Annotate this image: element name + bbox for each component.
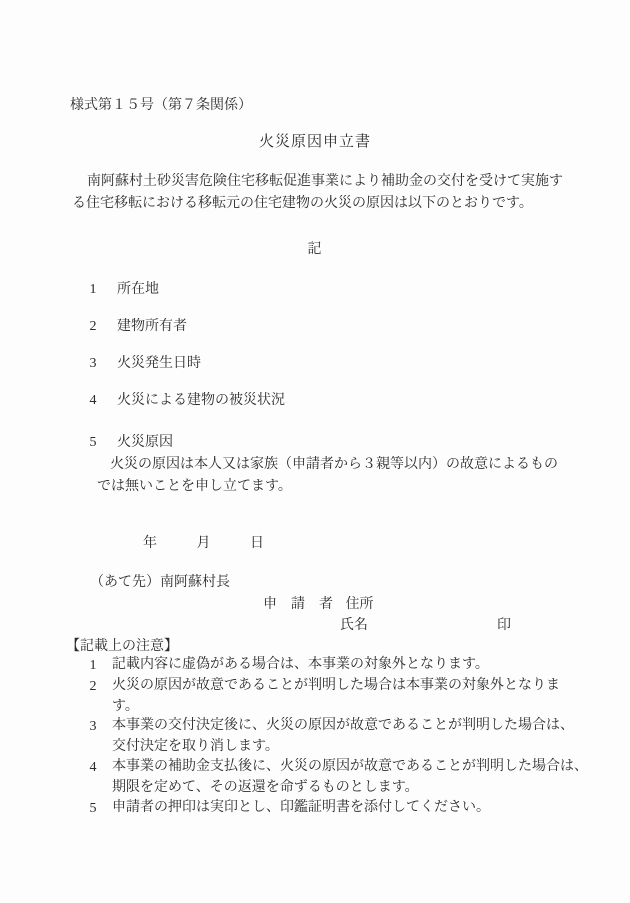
day-label: 日 xyxy=(250,533,264,554)
note-number: 4 xyxy=(88,757,98,799)
notes-heading: 【記載上の注意】 xyxy=(66,636,178,657)
statement-line-1: 火災の原因は本人又は家族（申請者から３親等以内）の故意によるもの xyxy=(97,454,558,476)
list-item-damage-status: 4 火災による建物の被災状況 xyxy=(88,390,285,411)
applicant-name-line: 氏名 印 xyxy=(340,615,368,636)
note-number: 5 xyxy=(88,798,98,819)
item-number: 1 xyxy=(88,279,98,300)
item-label: 火災発生日時 xyxy=(117,353,201,374)
note-number: 3 xyxy=(88,716,98,758)
note-line: 火災の原因が故意であることが判明した場合は本事業の対象外となりま xyxy=(112,676,560,697)
note-item-5: 5 申請者の押印は実印とし、印鑑証明書を添付してください。 xyxy=(88,798,490,819)
statement-line-2: では無いことを申し立てます。 xyxy=(97,476,558,498)
note-line: 申請者の押印は実印とし、印鑑証明書を添付してください。 xyxy=(112,798,490,819)
item-label: 所在地 xyxy=(117,279,159,300)
section-marker: 記 xyxy=(0,239,630,260)
intro-paragraph: 南阿蘇村土砂災害危険住宅移転促進事業により補助金の交付を受けて実施す る住宅移転… xyxy=(72,171,563,214)
address-label: 住所 xyxy=(346,597,374,612)
list-item-fire-datetime: 3 火災発生日時 xyxy=(88,353,201,374)
item-number: 5 xyxy=(88,432,98,453)
list-item-fire-cause: 5 火災原因 xyxy=(88,432,173,453)
note-text: 記載内容に虚偽がある場合は、本事業の対象外となります。 xyxy=(112,655,489,676)
item-number: 3 xyxy=(88,353,98,374)
note-line: 本事業の補助金支払後に、火災の原因が故意であることが判明した場合は、 xyxy=(112,757,588,778)
note-number: 2 xyxy=(88,676,98,718)
year-label: 年 xyxy=(143,533,157,554)
note-number: 1 xyxy=(88,655,98,676)
note-text: 火災の原因が故意であることが判明した場合は本事業の対象外となりま す。 xyxy=(112,676,560,718)
item-number: 2 xyxy=(88,316,98,337)
form-number: 様式第１５号（第７条関係） xyxy=(70,95,252,116)
intro-line-2: る住宅移転における移転元の住宅建物の火災の原因は以下のとおりです。 xyxy=(72,193,563,215)
note-line: 本事業の交付決定後に、火災の原因が故意であることが判明した場合は、 xyxy=(112,716,574,737)
note-text: 本事業の交付決定後に、火災の原因が故意であることが判明した場合は、 交付決定を取… xyxy=(112,716,574,758)
list-item-building-owner: 2 建物所有者 xyxy=(88,316,187,337)
item-number: 4 xyxy=(88,390,98,411)
addressee-line: （あて先）南阿蘇村長 xyxy=(90,572,230,593)
note-line: 記載内容に虚偽がある場合は、本事業の対象外となります。 xyxy=(112,655,489,676)
item-label: 火災による建物の被災状況 xyxy=(117,390,285,411)
document-title: 火災原因申立書 xyxy=(0,132,630,153)
item-label: 火災原因 xyxy=(117,432,173,453)
seal-label: 印 xyxy=(497,615,511,636)
item-label: 建物所有者 xyxy=(117,316,187,337)
note-line: す。 xyxy=(112,697,560,718)
applicant-label: 申 請 者 xyxy=(263,597,333,612)
note-text: 本事業の補助金支払後に、火災の原因が故意であることが判明した場合は、 期限を定め… xyxy=(112,757,588,799)
note-item-1: 1 記載内容に虚偽がある場合は、本事業の対象外となります。 xyxy=(88,655,489,676)
note-item-3: 3 本事業の交付決定後に、火災の原因が故意であることが判明した場合は、 交付決定… xyxy=(88,716,574,758)
note-text: 申請者の押印は実印とし、印鑑証明書を添付してください。 xyxy=(112,798,490,819)
applicant-address-line: 申 請 者 住所 xyxy=(263,594,374,615)
name-label: 氏名 xyxy=(340,618,368,633)
month-label: 月 xyxy=(197,533,211,554)
note-item-4: 4 本事業の補助金支払後に、火災の原因が故意であることが判明した場合は、 期限を… xyxy=(88,757,588,799)
note-item-2: 2 火災の原因が故意であることが判明した場合は本事業の対象外となりま す。 xyxy=(88,676,560,718)
list-item-location: 1 所在地 xyxy=(88,279,159,300)
document-page: 様式第１５号（第７条関係） 火災原因申立書 南阿蘇村土砂災害危険住宅移転促進事業… xyxy=(0,0,630,903)
fire-cause-statement: 火災の原因は本人又は家族（申請者から３親等以内）の故意によるもの では無いことを… xyxy=(97,454,558,497)
intro-line-1: 南阿蘇村土砂災害危険住宅移転促進事業により補助金の交付を受けて実施す xyxy=(72,171,563,193)
date-line: 年 月 日 xyxy=(143,533,264,554)
note-line: 期限を定めて、その返還を命ずるものとします。 xyxy=(112,778,588,799)
note-line: 交付決定を取り消します。 xyxy=(112,737,574,758)
